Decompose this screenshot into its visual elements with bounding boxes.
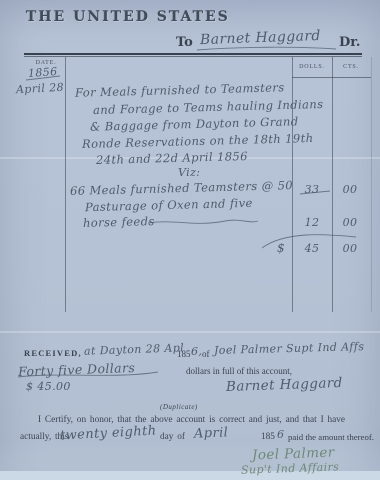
description-line: Ronde Reservations on the 18th 19th xyxy=(82,131,314,151)
item-cts: 00 xyxy=(335,216,365,229)
entry-date: April 28 xyxy=(16,81,65,96)
total-cts: 00 xyxy=(335,242,365,255)
table-rule-cts xyxy=(332,57,333,312)
item-dolls: 33 xyxy=(297,183,327,196)
certify-line2-suffix: paid the amount thereof. xyxy=(288,432,374,442)
description-line: & Baggage from Dayton to Grand xyxy=(90,114,299,133)
to-label: To xyxy=(176,35,193,50)
payee-signature: Barnet Haggard xyxy=(226,375,343,395)
paper-crease xyxy=(0,331,380,333)
in-full-label: dollars in full of this account, xyxy=(186,366,292,376)
certify-line1: I Certify, on honor, that the above acco… xyxy=(38,415,345,425)
amount-in-figures: $ 45.00 xyxy=(26,380,71,393)
entry-year: 1856 xyxy=(28,65,58,80)
certify-year-hw: 6 xyxy=(277,428,284,441)
dr-label: Dr. xyxy=(339,35,360,50)
received-payer: Joel Palmer Supt Ind Affs xyxy=(214,340,365,357)
total-currency-symbol: $ xyxy=(277,241,285,255)
description-line: 24th and 22d April 1856 xyxy=(96,149,248,167)
item-description: 66 Meals furnished Teamsters @ 50 xyxy=(70,178,293,198)
received-label: RECEIVED, xyxy=(24,348,82,358)
total-dolls: 45 xyxy=(297,242,327,255)
table-rule-right xyxy=(371,57,372,312)
certify-day-hw: twenty eighth xyxy=(60,423,157,443)
document-title: THE UNITED STATES xyxy=(26,9,230,25)
received-year-hw: 6, xyxy=(191,345,202,358)
certify-month-hw: April xyxy=(194,425,229,441)
table-header-underline xyxy=(292,77,371,78)
description-line: For Meals furnished to Teamsters xyxy=(75,80,285,99)
horizontal-rule xyxy=(24,53,362,55)
duplicate-label: (Duplicate) xyxy=(160,403,198,411)
debtor-name: Barnet Haggard xyxy=(200,28,321,48)
scanned-voucher-document: THE UNITED STATES To Barnet Haggard Dr. … xyxy=(0,0,380,480)
viz-label: Viz: xyxy=(178,166,200,179)
received-of-label: of xyxy=(202,349,210,359)
received-year-printed: 185 xyxy=(177,349,191,359)
item-description: horse feeds xyxy=(83,214,155,230)
table-rule-date xyxy=(65,57,66,312)
received-place-date: at Dayton 28 Apl xyxy=(84,341,184,357)
item-cts: 00 xyxy=(335,183,365,196)
horizontal-rule xyxy=(24,56,362,57)
dolls-column-header: DOLLS. xyxy=(293,64,331,70)
cts-column-header: CTS. xyxy=(333,64,369,70)
item-description: Pasturage of Oxen and five xyxy=(85,196,253,214)
certify-day-of-label: day of xyxy=(160,432,185,442)
item-dolls: 12 xyxy=(297,216,327,229)
amount-in-words: Forty five Dollars xyxy=(18,360,136,379)
certify-year-printed: 185 xyxy=(261,432,275,442)
